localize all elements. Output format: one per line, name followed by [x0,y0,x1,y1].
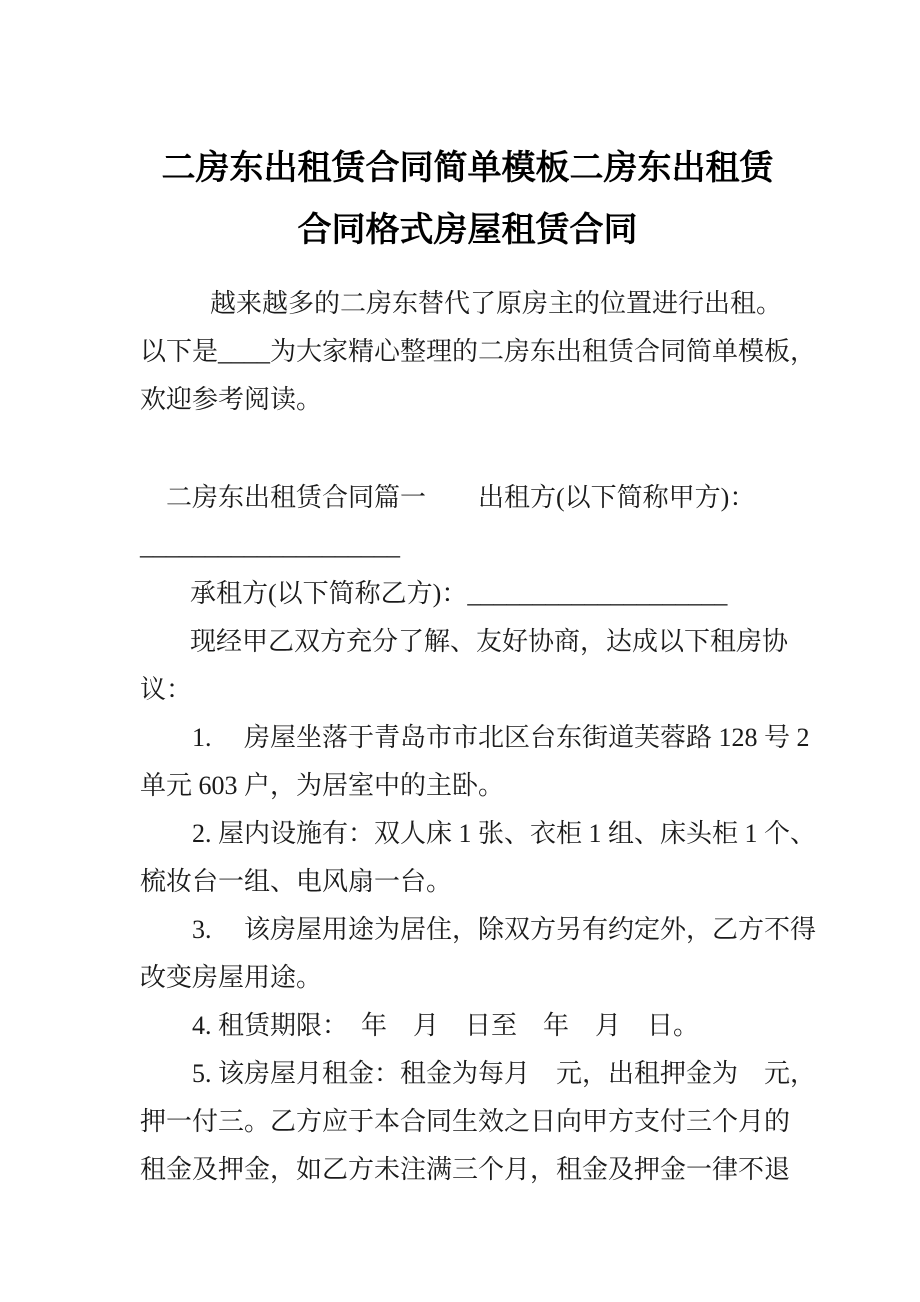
agreement-intro-line-2: 议： [140,666,795,714]
contract-body: 二房东出租赁合同篇一 出租方(以下简称甲方)： ________________… [140,474,795,1194]
clause-5-line-2: 押一付三。乙方应于本合同生效之日向甲方支付三个月的 [140,1098,795,1146]
party-b-line: 承租方(以下简称乙方)：____________________ [140,570,795,618]
clause-3-line-2: 改变房屋用途。 [140,954,795,1002]
section-heading-party-a-line: 二房东出租赁合同篇一 出租方(以下简称甲方)： [140,474,795,522]
document-content: 二房东出租赁合同简单模板二房东出租赁 合同格式房屋租赁合同 越来越多的二房东替代… [140,0,795,1194]
document-title: 二房东出租赁合同简单模板二房东出租赁 合同格式房屋租赁合同 [140,137,795,261]
agreement-intro-line-1: 现经甲乙双方充分了解、友好协商，达成以下租房协 [140,618,795,666]
document-page: 二房东出租赁合同简单模板二房东出租赁 合同格式房屋租赁合同 越来越多的二房东替代… [0,0,920,1302]
intro-paragraph: 越来越多的二房东替代了原房主的位置进行出租。 以下是____为大家精心整理的二房… [140,280,795,424]
clause-3-line-1: 3. 该房屋用途为居住，除双方另有约定外，乙方不得 [140,906,795,954]
clause-5-line-1: 5. 该房屋月租金：租金为每月 元，出租押金为 元， [140,1050,795,1098]
intro-line-2: 以下是____为大家精心整理的二房东出租赁合同简单模板， [140,328,795,376]
clause-2-line-1: 2. 屋内设施有：双人床 1 张、衣柜 1 组、床头柜 1 个、 [140,810,795,858]
clause-2-line-2: 梳妆台一组、电风扇一台。 [140,858,795,906]
title-line-2: 合同格式房屋租赁合同 [140,199,795,261]
intro-line-3: 欢迎参考阅读。 [140,376,795,424]
clause-5-line-3: 租金及押金，如乙方未注满三个月，租金及押金一律不退 [140,1146,795,1194]
clause-1-line-2: 单元 603 户，为居室中的主卧。 [140,762,795,810]
title-line-1: 二房东出租赁合同简单模板二房东出租赁 [140,137,795,199]
clause-4-line: 4. 租赁期限： 年 月 日至 年 月 日。 [140,1002,795,1050]
intro-line-1: 越来越多的二房东替代了原房主的位置进行出租。 [140,280,795,328]
party-a-blank-underline: ____________________ [140,522,795,570]
clause-1-line-1: 1. 房屋坐落于青岛市市北区台东街道芙蓉路 128 号 2 [140,714,795,762]
